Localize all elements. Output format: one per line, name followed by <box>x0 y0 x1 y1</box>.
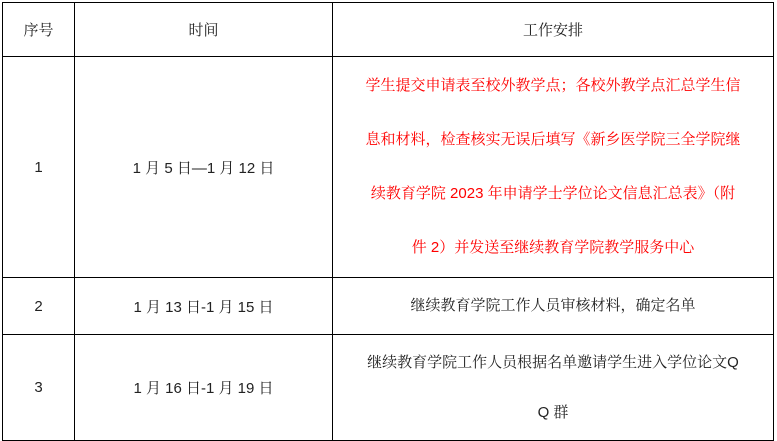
task-text-line: 息和材料，检查核实无误后填写《新乡医学院三全学院继 <box>339 113 767 167</box>
task-cell: 继续教育学院工作人员根据名单邀请学生进入学位论文Q Q 群 <box>333 335 774 441</box>
row-number-cell: 2 <box>3 278 75 335</box>
table-row: 3 1 月 16 日-1 月 19 日 继续教育学院工作人员根据名单邀请学生进入… <box>3 335 774 441</box>
task-text-line: 学生提交申请表至校外教学点；各校外教学点汇总学生信 <box>339 59 767 113</box>
task-text-line: 件 2）并发送至继续教育学院教学服务中心 <box>339 221 767 275</box>
row-number-cell: 1 <box>3 57 75 278</box>
time-cell: 1 月 16 日-1 月 19 日 <box>75 335 333 441</box>
time-cell: 1 月 5 日—1 月 12 日 <box>75 57 333 278</box>
task-text-line: Q 群 <box>339 388 767 438</box>
row-number-cell: 3 <box>3 335 75 441</box>
header-row: 序号 时间 工作安排 <box>3 3 774 57</box>
task-cell: 学生提交申请表至校外教学点；各校外教学点汇总学生信 息和材料，检查核实无误后填写… <box>333 57 774 278</box>
schedule-table: 序号 时间 工作安排 1 1 月 5 日—1 月 12 日 学生提交申请表至校外… <box>2 2 774 441</box>
task-text-line: 继续教育学院工作人员根据名单邀请学生进入学位论文Q <box>339 338 767 388</box>
header-cell-time: 时间 <box>75 3 333 57</box>
task-cell: 继续教育学院工作人员审核材料，确定名单 <box>333 278 774 335</box>
time-cell: 1 月 13 日-1 月 15 日 <box>75 278 333 335</box>
header-cell-task: 工作安排 <box>333 3 774 57</box>
schedule-table-container: 序号 时间 工作安排 1 1 月 5 日—1 月 12 日 学生提交申请表至校外… <box>2 2 773 436</box>
table-row: 1 1 月 5 日—1 月 12 日 学生提交申请表至校外教学点；各校外教学点汇… <box>3 57 774 278</box>
task-text-line: 续教育学院 2023 年申请学士学位论文信息汇总表》（附 <box>339 167 767 221</box>
table-row: 2 1 月 13 日-1 月 15 日 继续教育学院工作人员审核材料，确定名单 <box>3 278 774 335</box>
header-cell-number: 序号 <box>3 3 75 57</box>
task-text-line: 继续教育学院工作人员审核材料，确定名单 <box>339 296 767 316</box>
